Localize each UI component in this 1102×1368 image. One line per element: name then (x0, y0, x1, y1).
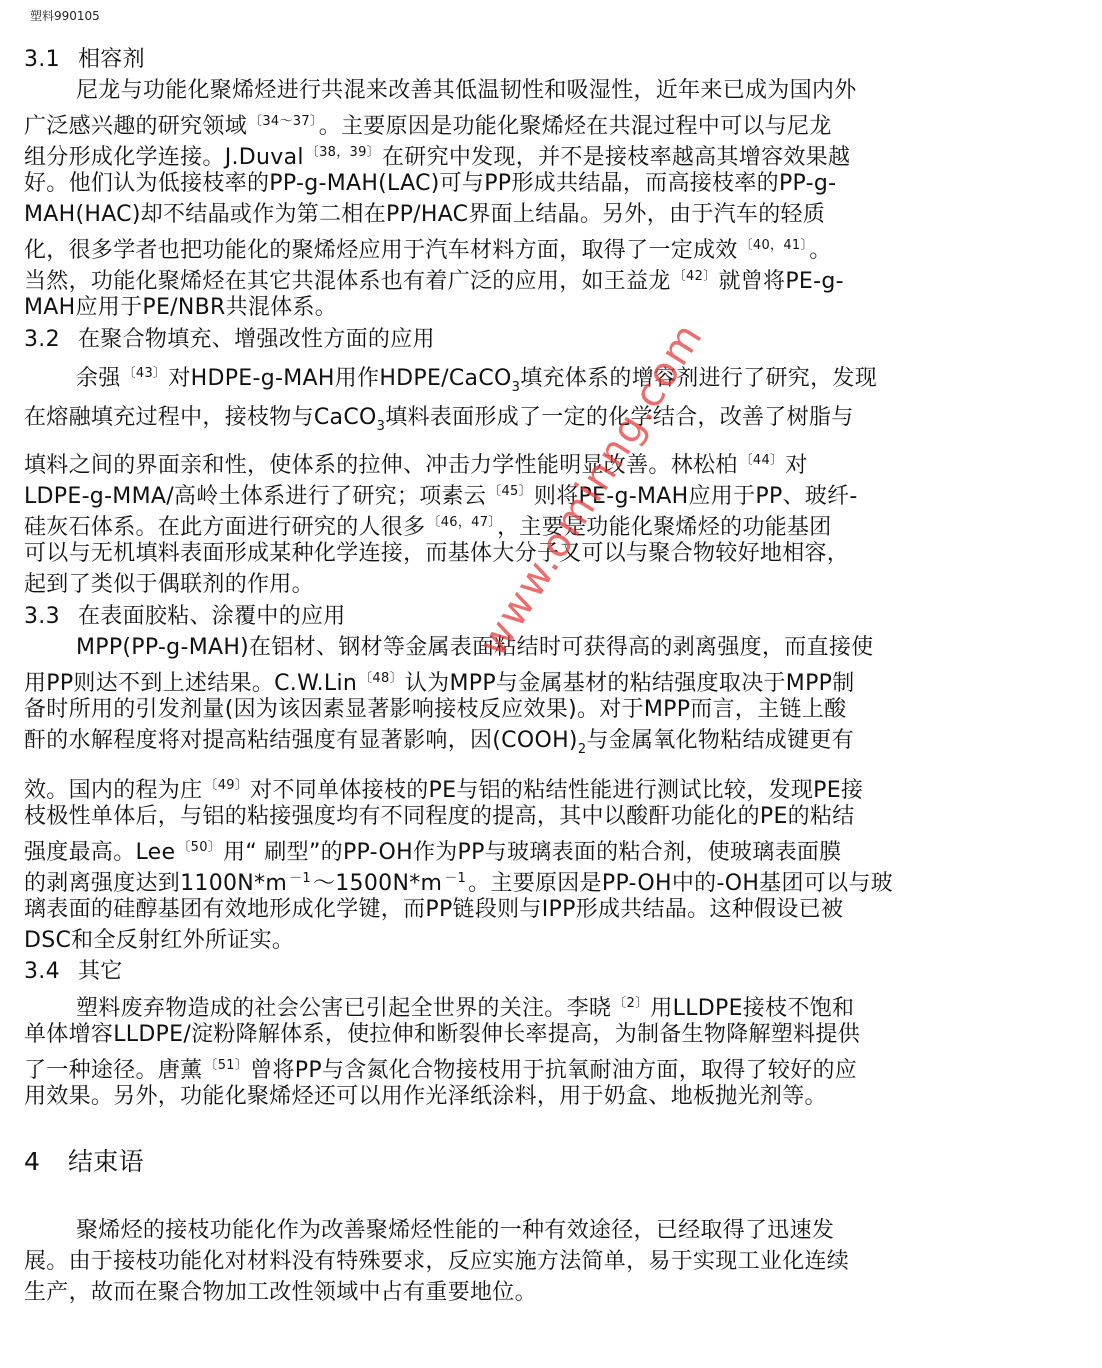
paragraph-line: 聚烯烃的接枝功能化作为改善聚烯烃性能的一种有效途径，已经取得了迅速发 (76, 1217, 834, 1245)
paragraph-line: 枝极性单体后，与铝的粘接强度均有不同程度的提高，其中以酸酐功能化的PE的粘结 (24, 803, 855, 831)
text: 组分形成化学连接。J.Duval (24, 145, 304, 170)
paragraph-line: 的剥离强度达到1100N*m－1～1500N*m－1。主要原因是PP-OH中的-… (24, 865, 893, 898)
section-title: 其它 (78, 959, 123, 984)
paragraph-line: 硅灰石体系。在此方面进行研究的人很多〔46，47〕，主要是功能化聚烯烃的功能基团 (24, 509, 832, 542)
paragraph-line: 化，很多学者也把功能化的聚烯烃应用于汽车材料方面，取得了一定成效〔40，41〕。 (24, 232, 832, 265)
citation: 〔2〕 (613, 996, 648, 1011)
text: 用“ 刷型”的PP-OH作为PP与玻璃表面的粘合剂，使玻璃表面膜 (223, 840, 841, 865)
section-number: 3.1 (24, 46, 78, 74)
section-number: 3.3 (24, 603, 78, 631)
citation: 〔38，39〕 (306, 145, 380, 160)
paragraph-line: 好。他们认为低接枝率的PP-g-MAH(LAC)可与PP形成共结晶，而高接枝率的… (24, 170, 836, 198)
citation: 〔42〕 (673, 269, 717, 284)
paragraph-line: 在熔融填充过程中，接枝物与CaCO3填料表面形成了一定的化学结合，改善了树脂与 (24, 404, 854, 441)
paragraph-line: 备时所用的引发剂量(因为该因素显著影响接枝反应效果)。对于MPP而言，主链上酸 (24, 696, 846, 724)
citation: 〔48〕 (359, 671, 403, 686)
text: 在研究中发现，并不是接枝率越高其增容效果越 (382, 145, 850, 170)
paragraph-line: DSC和全反射红外所证实。 (24, 927, 294, 955)
paragraph-line: 组分形成化学连接。J.Duval〔38，39〕在研究中发现，并不是接枝率越高其增… (24, 139, 850, 172)
paragraph-line: 当然，功能化聚烯烃在其它共混体系也有着广泛的应用，如王益龙〔42〕就曾将PE-g… (24, 263, 844, 296)
paragraph-line: 可以与无机填料表面形成某种化学连接，而基体大分子又可以与聚合物较好地相容， (24, 540, 849, 568)
text: 则将PE-g-MAH应用于PP、玻纤- (534, 484, 858, 509)
section-title: 相容剂 (78, 47, 145, 72)
text: 硅灰石体系。在此方面进行研究的人很多 (24, 515, 425, 540)
citation: 〔40，41〕 (740, 238, 808, 253)
text: 就曾将PE-g- (718, 269, 843, 294)
section-title: 在聚合物填充、增强改性方面的应用 (78, 327, 435, 352)
paragraph-line: 塑料废弃物造成的社会公害已引起全世界的关注。李晓〔2〕用LLDPE接枝不饱和 (76, 990, 854, 1023)
section-number: 3.2 (24, 326, 78, 354)
paragraph-line: 用效果。另外，功能化聚烯烃还可以用作光泽纸涂料，用于奶盒、地板抛光剂等。 (24, 1083, 827, 1111)
paragraph-line: 用PP则达不到上述结果。C.W.Lin〔48〕认为MPP与金属基材的粘结强度取决… (24, 665, 855, 698)
subscript: 3 (512, 380, 521, 395)
text: 曾将PP与含氮化合物接枝用于抗氧耐油方面，取得了较好的应 (250, 1058, 857, 1083)
text: 塑料废弃物造成的社会公害已引起全世界的关注。李晓 (76, 996, 611, 1021)
text: 与金属氧化物粘结成键更有 (586, 728, 854, 753)
paragraph-line: 余强〔43〕对HDPE-g-MAH用作HDPE/CaCO3填充体系的增容剂进行了… (76, 360, 877, 402)
section-heading-3-3: 3.3在表面胶粘、涂覆中的应用 (24, 603, 346, 631)
paragraph-line: 展。由于接枝功能化对材料没有特殊要求，反应实施方法简单，易于实现工业化连续 (24, 1248, 849, 1276)
text: 化，很多学者也把功能化的聚烯烃应用于汽车材料方面，取得了一定成效 (24, 238, 738, 263)
text: 对HDPE-g-MAH用作HDPE/CaCO (168, 366, 511, 391)
citation: 〔51〕 (204, 1058, 248, 1073)
text: 了一种途径。唐薰 (24, 1058, 202, 1083)
subscript: 3 (377, 419, 386, 434)
paragraph-line: MAH(HAC)却不结晶或作为第二相在PP/HAC界面上结晶。另外，由于汽车的轻… (24, 201, 825, 229)
section-title: 结束语 (68, 1147, 144, 1176)
citation: 〔34～37〕 (249, 114, 317, 129)
text: 效。国内的程为庄 (24, 778, 202, 803)
paragraph-line: LDPE-g-MMA/高岭土体系进行了研究；项素云〔45〕则将PE-g-MAH应… (24, 478, 858, 511)
section-heading-3-2: 3.2在聚合物填充、增强改性方面的应用 (24, 326, 435, 354)
text: 用PP则达不到上述结果。C.W.Lin (24, 671, 357, 696)
paragraph-line: 璃表面的硅醇基团有效地形成化学键，而PP链段则与IPP形成共结晶。这种假设已被 (24, 896, 843, 924)
text: 认为MPP与金属基材的粘结强度取决于MPP制 (405, 671, 855, 696)
citation: 〔45〕 (488, 484, 532, 499)
text: 填料之间的界面亲和性，使体系的拉伸、冲击力学性能明显改善。林松柏 (24, 453, 738, 478)
paragraph-line: 酐的水解程度将对提高粘结强度有显著影响，因(COOH)2与金属氧化物粘结成键更有 (24, 727, 854, 764)
section-number: 3.4 (24, 958, 78, 986)
text: 。 (809, 238, 831, 263)
text: 酐的水解程度将对提高粘结强度有显著影响，因(COOH) (24, 728, 578, 753)
paragraph-line: 单体增容LLDPE/淀粉降解体系，使拉伸和断裂伸长率提高，为制备生物降解塑料提供 (24, 1021, 860, 1049)
text: ，主要是功能化聚烯烃的功能基团 (497, 515, 832, 540)
section-heading-3-1: 3.1相容剂 (24, 46, 145, 74)
section-number: 4 (24, 1148, 68, 1176)
text: 。主要原因是PP-OH中的-OH基团可以与玻 (468, 871, 893, 896)
text: 强度最高。Lee (24, 840, 175, 865)
paragraph-line: 填料之间的界面亲和性，使体系的拉伸、冲击力学性能明显改善。林松柏〔44〕对 (24, 447, 808, 480)
paragraph-line: MPP(PP-g-MAH)在铝材、钢材等金属表面粘结时可获得高的剥离强度，而直接… (76, 634, 873, 662)
text: 的剥离强度达到1100N*m (24, 871, 287, 896)
paragraph-line: 生产，故而在聚合物加工改性领域中占有重要地位。 (24, 1279, 537, 1307)
paragraph-line: MAH应用于PE/NBR共混体系。 (24, 294, 337, 322)
paragraph-line: 效。国内的程为庄〔49〕对不同单体接枝的PE与铝的粘结性能进行测试比较，发现PE… (24, 772, 863, 805)
journal-header: 塑料990105 (30, 7, 100, 24)
section-heading-3-4: 3.4其它 (24, 958, 123, 986)
text: 当然，功能化聚烯烃在其它共混体系也有着广泛的应用，如王益龙 (24, 269, 671, 294)
superscript: －1 (289, 871, 311, 886)
paragraph-line: 广泛感兴趣的研究领域〔34～37〕。主要原因是功能化聚烯烃在共混过程中可以与尼龙 (24, 108, 832, 141)
citation: 〔46，47〕 (427, 515, 495, 530)
text: 余强 (76, 366, 121, 391)
citation: 〔43〕 (123, 366, 167, 381)
text: 填料表面形成了一定的化学结合，改善了树脂与 (385, 405, 853, 430)
paragraph-line: 了一种途径。唐薰〔51〕曾将PP与含氮化合物接枝用于抗氧耐油方面，取得了较好的应 (24, 1052, 857, 1085)
citation: 〔49〕 (204, 778, 248, 793)
section-title: 在表面胶粘、涂覆中的应用 (78, 604, 346, 629)
superscript: －1 (444, 871, 466, 886)
citation: 〔44〕 (740, 453, 784, 468)
section-heading-4: 4结束语 (24, 1148, 144, 1176)
citation: 〔50〕 (177, 840, 221, 855)
text: 对 (785, 453, 807, 478)
text: 用LLDPE接枝不饱和 (650, 996, 854, 1021)
text: 在熔融填充过程中，接枝物与CaCO (24, 405, 377, 430)
text: 。主要原因是功能化聚烯烃在共混过程中可以与尼龙 (319, 114, 832, 139)
paragraph-line: 尼龙与功能化聚烯烃进行共混来改善其低温韧性和吸湿性，近年来已成为国内外 (76, 77, 857, 105)
text: LDPE-g-MMA/高岭土体系进行了研究；项素云 (24, 484, 486, 509)
text: ～1500N*m (313, 871, 442, 896)
paragraph-line: 强度最高。Lee〔50〕用“ 刷型”的PP-OH作为PP与玻璃表面的粘合剂，使玻… (24, 834, 841, 867)
text: 对不同单体接枝的PE与铝的粘结性能进行测试比较，发现PE接 (250, 778, 863, 803)
text: 广泛感兴趣的研究领域 (24, 114, 247, 139)
text: 填充体系的增容剂进行了研究，发现 (520, 366, 877, 391)
paragraph-line: 起到了类似于偶联剂的作用。 (24, 571, 314, 599)
